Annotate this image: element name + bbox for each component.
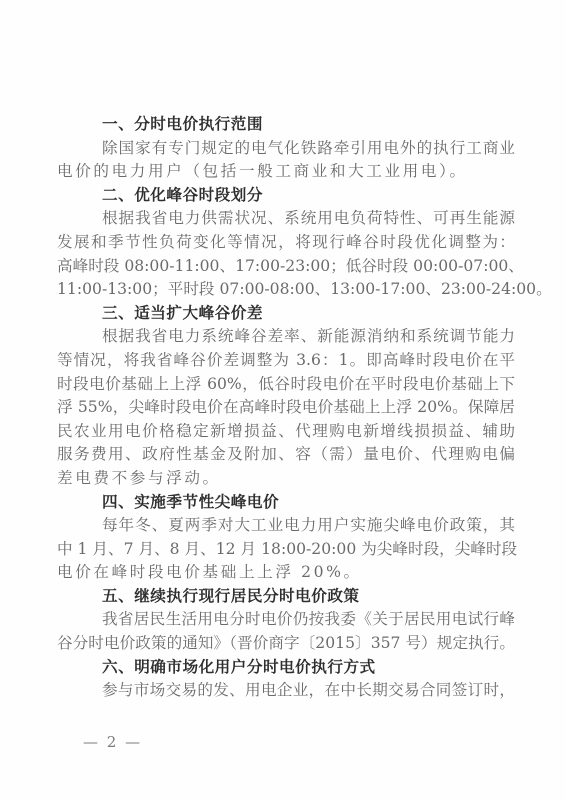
paragraph-line: 浮 55%，尖峰时段电价在高峰时段电价基础上上浮 20%。保障居 xyxy=(57,396,515,420)
paragraph-line: 等情况，将我省峰谷价差调整为 3.6：1。即高峰时段电价在平 xyxy=(57,349,515,373)
paragraph-line: 民农业用电价格稳定新增损益、代理购电新增线损损益、辅助 xyxy=(57,420,515,444)
paragraph-line: 高峰时段 08:00-11:00、17:00-23:00；低谷时段 00:00-… xyxy=(57,255,515,279)
section-heading: 五、继续执行现行居民分时电价政策 xyxy=(57,585,515,609)
section-heading: 四、实施季节性尖峰电价 xyxy=(57,491,515,515)
document-page: 一、分时电价执行范围 除国家有专门规定的电气化铁路牵引用电外的执行工商业 电价的… xyxy=(0,0,566,800)
paragraph-line: 根据我省电力系统峰谷差率、新能源消纳和系统调节能力 xyxy=(57,325,515,349)
paragraph-line: 服务费用、政府性基金及附加、容（需）量电价、代理购电偏 xyxy=(57,443,515,467)
paragraph-line: 差电费不参与浮动。 xyxy=(57,467,515,491)
section-heading: 二、优化峰谷时段划分 xyxy=(57,184,515,208)
paragraph-line: 我省居民生活用电分时电价仍按我委《关于居民用电试行峰 xyxy=(57,608,515,632)
section-heading: 三、适当扩大峰谷价差 xyxy=(57,302,515,326)
section-heading: 六、明确市场化用户分时电价执行方式 xyxy=(57,656,515,680)
paragraph-line: 发展和季节性负荷变化等情况，将现行峰谷时段优化调整为： xyxy=(57,231,515,255)
paragraph-line: 11:00-13:00；平时段 07:00-08:00、13:00-17:00、… xyxy=(57,278,515,302)
page-number: — 2 — xyxy=(83,733,142,751)
paragraph-line: 每年冬、夏两季对大工业电力用户实施尖峰电价政策，其 xyxy=(57,514,515,538)
document-body: 一、分时电价执行范围 除国家有专门规定的电气化铁路牵引用电外的执行工商业 电价的… xyxy=(57,113,515,703)
paragraph-line: 电价的电力用户（包括一般工商业和大工业用电）。 xyxy=(57,160,515,184)
paragraph-line: 除国家有专门规定的电气化铁路牵引用电外的执行工商业 xyxy=(57,137,515,161)
paragraph-line: 参与市场交易的发、用电企业，在中长期交易合同签订时， xyxy=(57,679,515,703)
paragraph-line: 时段电价基础上上浮 60%，低谷时段电价在平时段电价基础上下 xyxy=(57,373,515,397)
section-heading: 一、分时电价执行范围 xyxy=(57,113,515,137)
paragraph-line: 中 1 月、7 月、8 月、12 月 18:00-20:00 为尖峰时段，尖峰时… xyxy=(57,538,515,562)
paragraph-line: 电价在峰时段电价基础上上浮 20%。 xyxy=(57,561,515,585)
paragraph-line: 谷分时电价政策的通知》（晋价商字〔2015〕357 号）规定执行。 xyxy=(57,632,515,656)
paragraph-line: 根据我省电力供需状况、系统用电负荷特性、可再生能源 xyxy=(57,207,515,231)
